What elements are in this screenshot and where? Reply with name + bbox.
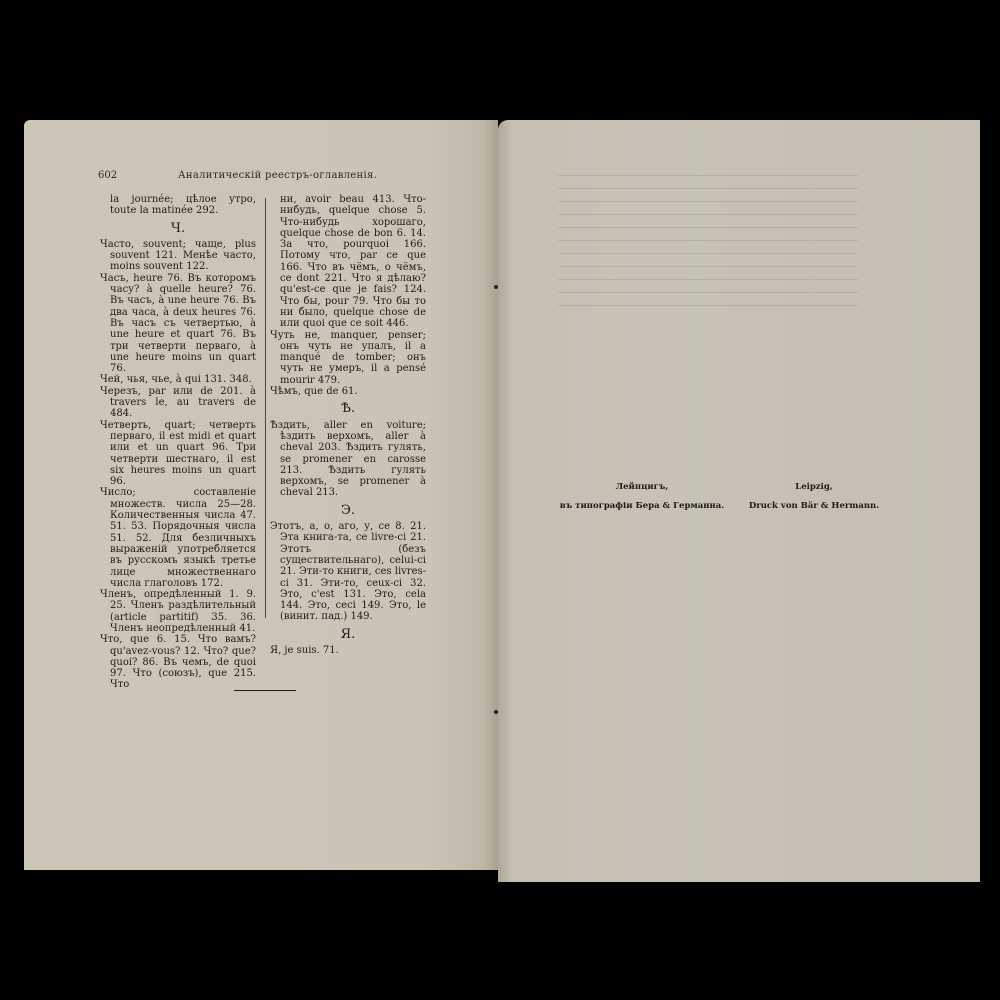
index-entry: Ѣздить, aller en voiture; ѣздить верхомъ…	[270, 420, 426, 499]
index-entry: Я, je suis. 71.	[270, 645, 426, 656]
left-page: 602 Аналитическій реестръ-оглавленія. la…	[24, 120, 498, 870]
column-divider	[265, 198, 266, 618]
show-through-text	[558, 175, 858, 318]
imprint-russian: Лейпцигъ, въ типографіи Бера & Германна.	[552, 482, 732, 520]
index-entry: Чуть не, manquer, penser; онъ чуть не уп…	[270, 330, 426, 386]
running-title: Аналитическій реестръ-оглавленія.	[178, 170, 377, 181]
imprint-german: Leipzig, Druck von Bär & Hermann.	[744, 482, 884, 520]
page-number: 602	[98, 170, 117, 181]
imprint-city-ru: Лейпцигъ,	[552, 482, 732, 492]
right-page: Лейпцигъ, въ типографіи Бера & Германна.…	[498, 120, 980, 882]
index-entry: Чей, чья, чье, à qui 131. 348.	[100, 374, 256, 385]
index-entry-continued: ни, avoir beau 413. Что-нибудь, quelque …	[270, 194, 426, 330]
index-column-left: la journée; цѣлое утро, toute la matinée…	[100, 194, 256, 691]
index-column-right: ни, avoir beau 413. Что-нибудь, quelque …	[270, 194, 426, 656]
index-entry: Четверть, quart; четверть перваго, il es…	[100, 420, 256, 488]
index-entry: Часъ, heure 76. Въ которомъ часу? à quel…	[100, 273, 256, 375]
index-entry: Чѣмъ, que de 61.	[270, 386, 426, 397]
index-entry: Часто, souvent; чаще, plus souvent 121. …	[100, 239, 256, 273]
section-letter: Ч.	[100, 223, 256, 234]
index-entry: Черезъ, par или de 201. à travers le, au…	[100, 386, 256, 420]
section-letter: Я.	[270, 629, 426, 640]
imprint-printer-ru: въ типографіи Бера & Германна.	[552, 501, 732, 511]
section-letter: Ѣ.	[270, 403, 426, 414]
end-rule	[234, 690, 296, 691]
index-entry: Членъ, опредѣленный 1. 9. 25. Членъ разд…	[100, 589, 256, 634]
index-entry: Этотъ, а, о, аго, у, ce 8. 21. Эта книга…	[270, 521, 426, 623]
index-entry: Что, que 6. 15. Что вамъ? qu'avez-vous? …	[100, 634, 256, 690]
imprint-printer-de: Druck von Bär & Hermann.	[744, 501, 884, 511]
section-letter: Э.	[270, 505, 426, 516]
index-entry-continued: la journée; цѣлое утро, toute la matinée…	[100, 194, 256, 217]
imprint-city-de: Leipzig,	[744, 482, 884, 492]
index-entry: Число; составленіе множеств. числа 25—28…	[100, 487, 256, 589]
